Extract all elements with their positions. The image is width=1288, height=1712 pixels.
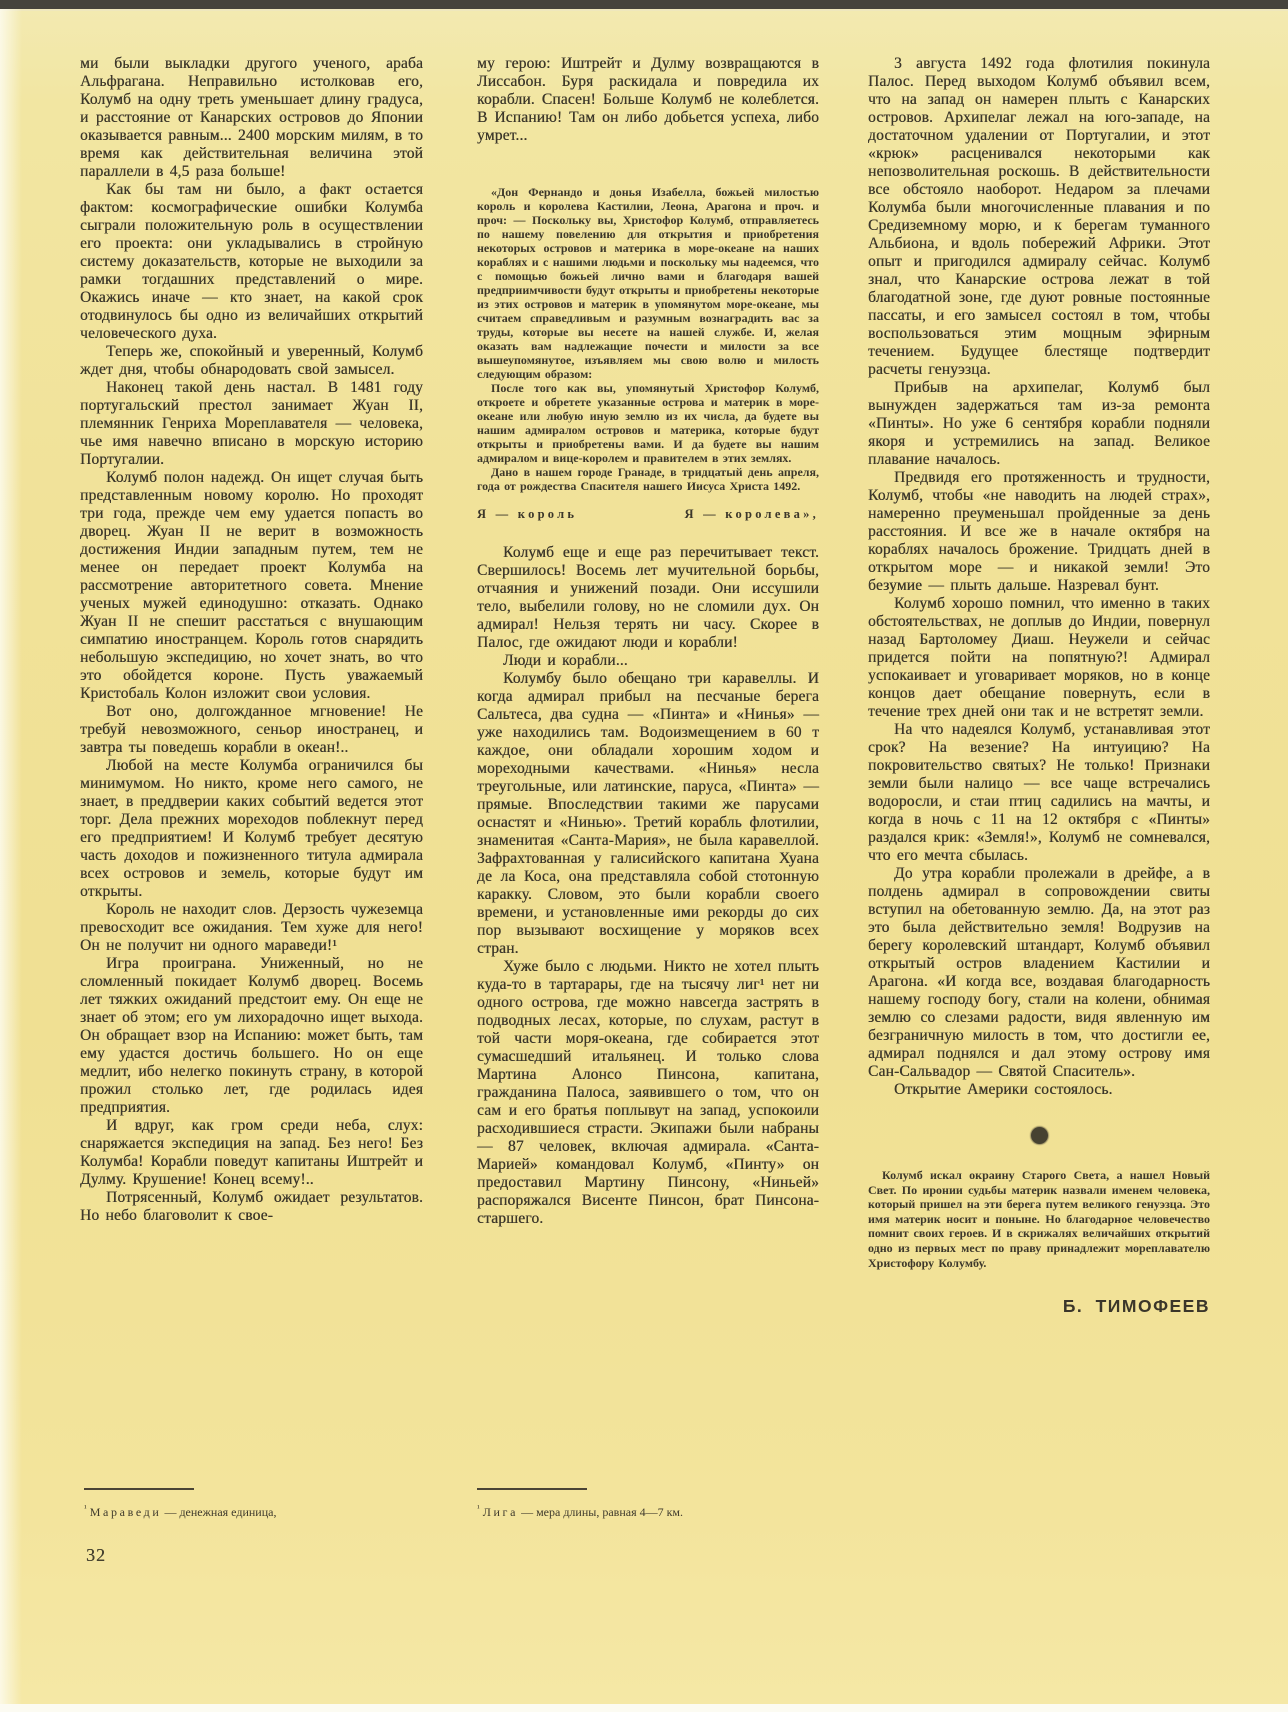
paragraph: Король не находит слов. Дерзость чужезем… — [80, 901, 423, 955]
footnote-text: ¹ Лига — мера длины, равная 4—7 км. — [477, 1501, 819, 1520]
footnote-rule — [477, 1488, 587, 1490]
paragraph: Игра проиграна. Униженный, но не сломлен… — [80, 955, 423, 1117]
paragraph: Колумб полон надежд. Он ищет случая быть… — [80, 469, 423, 703]
decree-paragraph: «Дон Фернандо и донья Изабелла, божьей м… — [477, 185, 819, 381]
decree-paragraph: После того как вы, упомянутый Христофор … — [477, 381, 819, 465]
scan-edge-left — [0, 9, 22, 1704]
king-signature: Я — король — [477, 507, 577, 522]
paragraph: До утра корабли пролежали в дрейфе, а в … — [868, 865, 1210, 1081]
paragraph: Люди и корабли... — [477, 652, 819, 670]
page-number: 32 — [86, 1545, 106, 1566]
footnote-rule — [84, 1488, 194, 1490]
paragraph: му герою: Иштрейт и Дулму возвращаются в… — [477, 55, 819, 145]
paragraph: ми были выкладки другого ученого, араба … — [80, 55, 423, 181]
footnote-definition: — денежная единица, — [164, 1505, 276, 1519]
footnote-term: Лига — [483, 1505, 518, 1519]
author-byline: Б. ТИМОФЕЕВ — [868, 1296, 1210, 1317]
queen-signature: Я — королева», — [684, 507, 819, 522]
column-middle: му герою: Иштрейт и Дулму возвращаются в… — [477, 55, 819, 1228]
paragraph: Предвидя его протяженность и трудности, … — [868, 469, 1210, 595]
paragraph: Как бы там ни было, а факт остается факт… — [80, 181, 423, 343]
footnote-marker: ¹ — [84, 1503, 87, 1513]
paragraph: Открытие Америки состоялось. — [868, 1081, 1210, 1099]
footnote-term: Мараведи — [90, 1505, 162, 1519]
decree-signatures: Я — король Я — королева», — [477, 507, 819, 522]
paragraph: Вот оно, долгожданное мгновение! Не треб… — [80, 703, 423, 757]
paragraph: Колумбу было обещано три каравеллы. И ко… — [477, 670, 819, 958]
paragraph: Колумб хорошо помнил, что именно в таких… — [868, 595, 1210, 721]
section-divider-dot-icon — [1031, 1127, 1048, 1144]
royal-decree-quote: «Дон Фернандо и донья Изабелла, божьей м… — [477, 185, 819, 493]
paragraph: Потрясенный, Колумб ожидает результатов.… — [80, 1189, 423, 1225]
paragraph: Теперь же, спокойный и уверенный, Колумб… — [80, 343, 423, 379]
magazine-page: ми были выкладки другого ученого, араба … — [0, 0, 1288, 1712]
paragraph: Любой на месте Колумба ограничился бы ми… — [80, 757, 423, 901]
paragraph: Прибыв на архипелаг, Колумб был вынужден… — [868, 379, 1210, 469]
paragraph: 3 августа 1492 года флотилия покинула Па… — [868, 55, 1210, 379]
decree-paragraph: Дано в нашем городе Гранаде, в тридцатый… — [477, 465, 819, 493]
paragraph: Наконец такой день настал. В 1481 году п… — [80, 379, 423, 469]
footnote-definition: — мера длины, равная 4—7 км. — [521, 1505, 683, 1519]
column-left: ми были выкладки другого ученого, араба … — [80, 55, 423, 1225]
paragraph: И вдруг, как гром среди неба, слух: снар… — [80, 1117, 423, 1189]
paragraph: Хуже было с людьми. Никто не хотел плыть… — [477, 958, 819, 1228]
footnote-text: ¹ Мараведи — денежная единица, — [84, 1501, 427, 1520]
editorial-endnote: Колумб искал окраину Старого Света, а на… — [868, 1168, 1210, 1270]
paragraph: Колумб еще и еще раз перечитывает текст.… — [477, 544, 819, 652]
paragraph: На что надеялся Колумб, устанавливая это… — [868, 721, 1210, 865]
scan-edge-bottom — [0, 1704, 1288, 1712]
footnote-liga: ¹ Лига — мера длины, равная 4—7 км. — [477, 1488, 819, 1520]
scan-edge-top — [0, 0, 1288, 11]
footnote-maravedi: ¹ Мараведи — денежная единица, — [84, 1488, 427, 1520]
footnote-marker: ¹ — [477, 1503, 480, 1513]
column-right: 3 августа 1492 года флотилия покинула Па… — [868, 55, 1210, 1317]
